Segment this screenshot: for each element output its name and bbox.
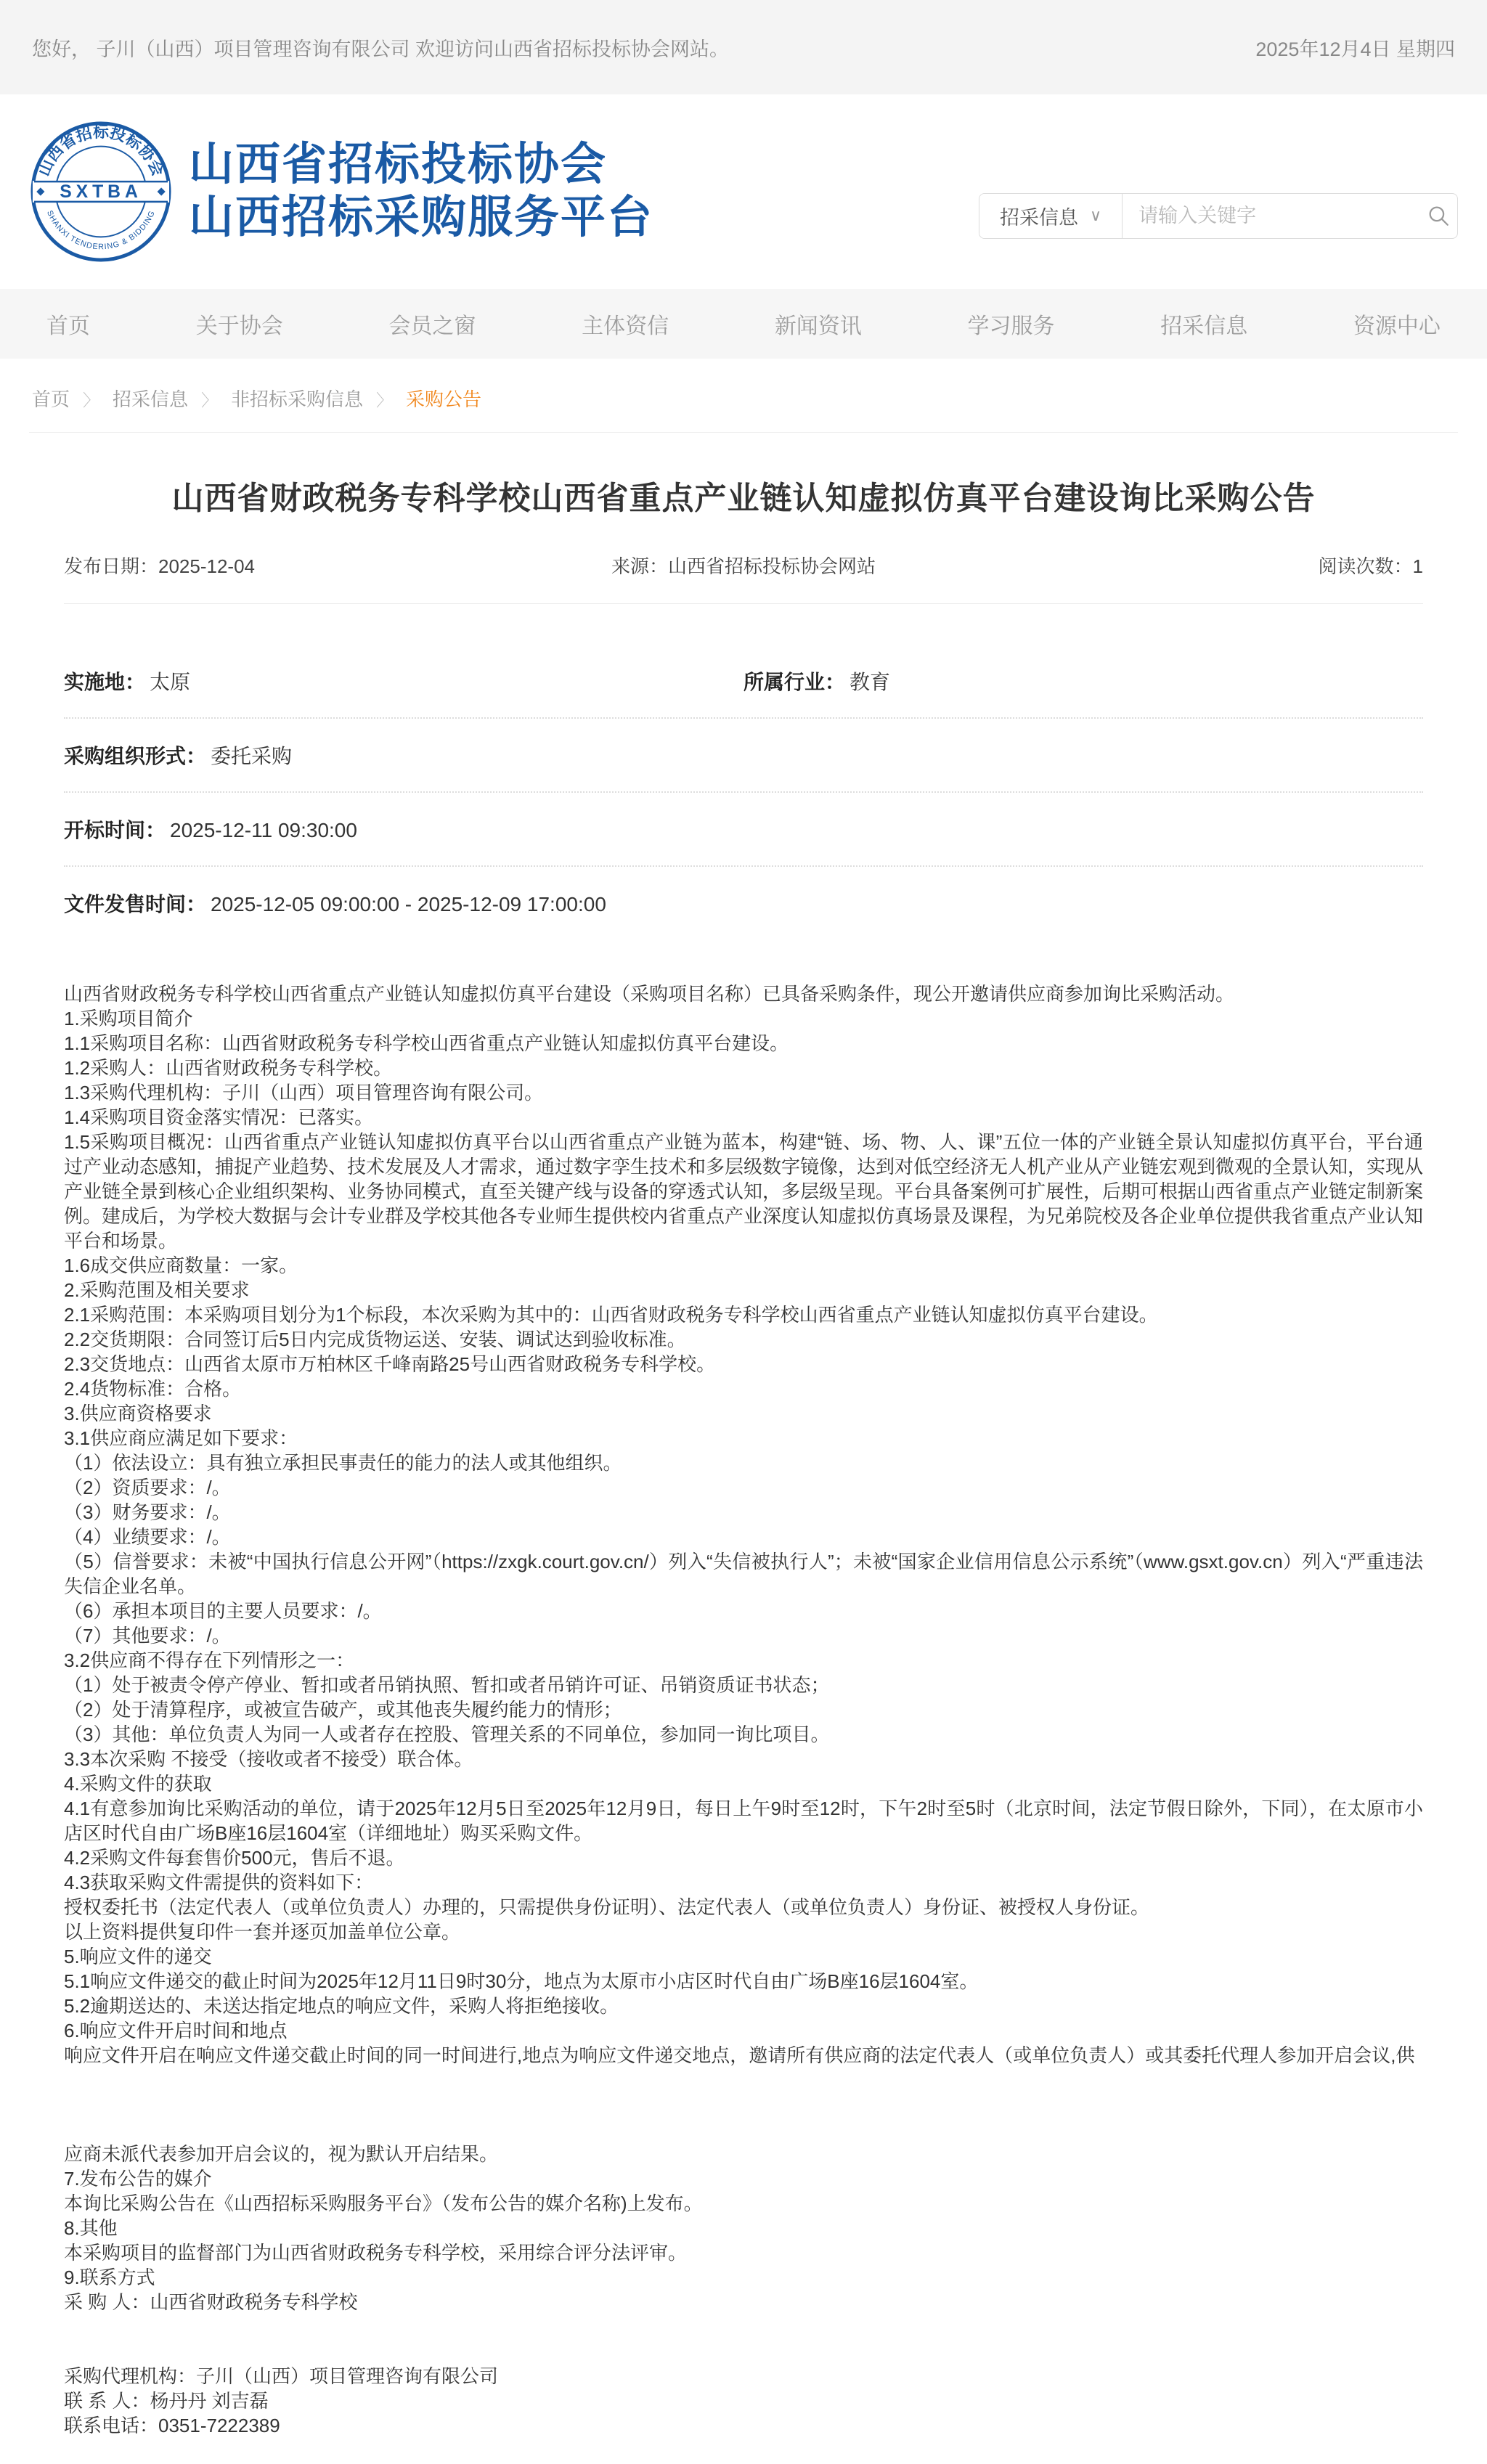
body-line: （2）资质要求：/。 — [64, 1475, 1423, 1500]
search-bar: 招采信息 ∨ — [979, 193, 1458, 239]
site-title-line2: 山西招标采购服务平台 — [189, 192, 653, 245]
body-line — [64, 2117, 1423, 2142]
body-line: （3）其他：单位负责人为同一人或者存在控股、管理关系的不同单位，参加同一询比项目… — [64, 1722, 1423, 1747]
breadcrumb-link[interactable]: 非招标采购信息 — [231, 385, 406, 412]
nav-item[interactable]: 会员之窗 — [388, 308, 476, 340]
body-line: 3.1供应商应满足如下要求： — [64, 1426, 1423, 1451]
info-open-time: 开标时间：2025-12-11 09:30:00 — [64, 815, 1423, 844]
body-line: 2.采购范围及相关要求 — [64, 1278, 1423, 1302]
nav-item[interactable]: 新闻资讯 — [775, 308, 862, 340]
body-line: 1.2采购人：山西省财政税务专科学校。 — [64, 1056, 1423, 1080]
body-line — [64, 2068, 1423, 2092]
body-line: 2.3交货地点：山西省太原市万柏林区千峰南路25号山西省财政税务专科学校。 — [64, 1352, 1423, 1376]
body-line: 采购代理机构：子川（山西）项目管理咨询有限公司 — [64, 2364, 1423, 2388]
body-line: 本询比采购公告在《山西招标采购服务平台》（发布公告的媒介名称)上发布。 — [64, 2191, 1423, 2216]
search-button[interactable] — [1411, 194, 1458, 238]
body-line: 3.2供应商不得存在下列情形之一： — [64, 1648, 1423, 1673]
nav-item[interactable]: 资源中心 — [1353, 308, 1441, 340]
body-line: 1.1采购项目名称：山西省财政税务专科学校山西省重点产业链认知虚拟仿真平台建设。 — [64, 1031, 1423, 1056]
body-line: 山西省财政税务专科学校山西省重点产业链认知虚拟仿真平台建设（采购项目名称）已具备… — [64, 982, 1423, 1006]
body-line: （6）承担本项目的主要人员要求：/。 — [64, 1599, 1423, 1623]
welcome-text: 您好， 子川（山西）项目管理咨询有限公司 欢迎访问山西省招标投标协会网站。 — [32, 33, 729, 62]
info-industry: 所属行业：教育 — [743, 666, 1423, 695]
body-line: 9.联系方式 — [64, 2265, 1423, 2290]
breadcrumb-current: 采购公告 — [406, 385, 481, 412]
project-info-table: 实施地：太原 所属行业：教育 采购组织形式：委托采购 开标时间：2025-12-… — [64, 645, 1423, 939]
body-line — [64, 2314, 1423, 2339]
body-line: 响应文件开启在响应文件递交截止时间的同一时间进行,地点为响应文件递交地点，邀请所… — [64, 2043, 1423, 2068]
site-title: 山西省招标投标协会 山西招标采购服务平台 — [189, 139, 653, 244]
body-line — [64, 2092, 1423, 2117]
body-line: 5.2逾期送达的、未送达指定地点的响应文件，采购人将拒绝接收。 — [64, 1994, 1423, 2018]
body-line: 4.2采购文件每套售价500元，售后不退。 — [64, 1845, 1423, 1870]
announcement-body: 山西省财政税务专科学校山西省重点产业链认知虚拟仿真平台建设（采购项目名称）已具备… — [64, 982, 1423, 2438]
info-organization: 采购组织形式：委托采购 — [64, 741, 1423, 770]
nav-item[interactable]: 招采信息 — [1160, 308, 1247, 340]
body-line: 授权委托书（法定代表人（或单位负责人）办理的，只需提供身份证明）、法定代表人（或… — [64, 1895, 1423, 1920]
body-line: （4）业绩要求：/。 — [64, 1525, 1423, 1549]
body-line: （7）其他要求：/。 — [64, 1623, 1423, 1648]
body-line: 以上资料提供复印件一套并逐页加盖单位公章。 — [64, 1920, 1423, 1944]
body-line: 4.1有意参加询比采购活动的单位，请于2025年12月5日至2025年12月9日… — [64, 1796, 1423, 1845]
body-line: 3.供应商资格要求 — [64, 1401, 1423, 1426]
breadcrumb-link[interactable]: 首页 — [32, 385, 113, 412]
announcement-card: 山西省财政税务专科学校山西省重点产业链认知虚拟仿真平台建设询比采购公告 发布日期… — [29, 432, 1458, 2460]
breadcrumb-link[interactable]: 招采信息 — [113, 385, 231, 412]
body-line: 3.3本次采购 不接受（接收或者不接受）联合体。 — [64, 1747, 1423, 1771]
body-line: 联系电话：0351-7222389 — [64, 2413, 1423, 2438]
body-line: 2.4货物标准：合格。 — [64, 1376, 1423, 1401]
nav-item[interactable]: 学习服务 — [968, 308, 1055, 340]
body-line: （1）处于被责令停产停业、暂扣或者吊销执照、暂扣或者吊销许可证、吊销资质证书状态… — [64, 1673, 1423, 1697]
info-row-open-time: 开标时间：2025-12-11 09:30:00 — [64, 793, 1423, 867]
body-line: （5）信誉要求：未被“中国执行信息公开网”（https://zxgk.court… — [64, 1549, 1423, 1599]
breadcrumb: 首页招采信息非招标采购信息 采购公告 — [0, 359, 1487, 432]
search-category-label: 招采信息 — [1000, 202, 1078, 230]
body-line: 8.其他 — [64, 2216, 1423, 2240]
publish-date: 发布日期：2025-12-04 — [64, 552, 611, 579]
body-line: 5.1响应文件递交的截止时间为2025年12月11日9时30分，地点为太原市小店… — [64, 1969, 1423, 1994]
body-line: 5.响应文件的递交 — [64, 1944, 1423, 1969]
body-line: 2.2交货期限：合同签订后5日内完成货物运送、安装、调试达到验收标准。 — [64, 1327, 1423, 1352]
info-row-location-industry: 实施地：太原 所属行业：教育 — [64, 645, 1423, 719]
chevron-down-icon: ∨ — [1090, 206, 1101, 225]
article-source: 来源：山西省招标投标协会网站 — [611, 552, 876, 579]
current-date: 2025年12月4日 星期四 — [1255, 33, 1455, 62]
info-sale-time: 文件发售时间：2025-12-05 09:00:00 - 2025-12-09 … — [64, 889, 1423, 918]
view-count: 阅读次数：1 — [876, 552, 1423, 579]
body-line: 6.响应文件开启时间和地点 — [64, 2018, 1423, 2043]
info-row-organization: 采购组织形式：委托采购 — [64, 719, 1423, 793]
body-line: 1.4采购项目资金落实情况：已落实。 — [64, 1105, 1423, 1130]
info-location: 实施地：太原 — [64, 666, 743, 695]
body-line: 1.5采购项目概况：山西省重点产业链认知虚拟仿真平台以山西省重点产业链为蓝本，构… — [64, 1130, 1423, 1253]
main-nav-list: 首页关于协会会员之窗主体资信新闻资讯学习服务招采信息资源中心 — [0, 289, 1487, 359]
body-line — [64, 2339, 1423, 2364]
body-line: 采 购 人：山西省财政税务专科学校 — [64, 2290, 1423, 2314]
body-line: 本采购项目的监督部门为山西省财政税务专科学校，采用综合评分法评审。 — [64, 2240, 1423, 2265]
body-line: （1）依法设立：具有独立承担民事责任的能力的法人或其他组织。 — [64, 1451, 1423, 1475]
nav-item[interactable]: 关于协会 — [196, 308, 283, 340]
logo-badge-acronym: SXTBA — [60, 182, 142, 202]
body-line: 1.3采购代理机构：子川（山西）项目管理咨询有限公司。 — [64, 1080, 1423, 1105]
info-row-sale-time: 文件发售时间：2025-12-05 09:00:00 - 2025-12-09 … — [64, 867, 1423, 939]
nav-item[interactable]: 首页 — [46, 308, 90, 340]
site-title-line1: 山西省招标投标协会 — [189, 139, 653, 192]
search-input[interactable] — [1123, 194, 1411, 238]
search-icon — [1426, 203, 1451, 228]
page-title: 山西省财政税务专科学校山西省重点产业链认知虚拟仿真平台建设询比采购公告 — [64, 472, 1423, 518]
body-line: 4.采购文件的获取 — [64, 1771, 1423, 1796]
body-line: （3）财务要求：/。 — [64, 1500, 1423, 1525]
body-line: 应商未派代表参加开启会议的，视为默认开启结果。 — [64, 2142, 1423, 2166]
body-line: 1.6成交供应商数量：一家。 — [64, 1253, 1423, 1278]
association-seal-logo-icon: 山西省招标投标协会 SHANXI TENDERING & BIDDING SXT… — [29, 120, 173, 264]
article-meta: 发布日期：2025-12-04 来源：山西省招标投标协会网站 阅读次数：1 — [64, 552, 1423, 604]
body-line: 1.采购项目简介 — [64, 1006, 1423, 1031]
main-nav: 首页关于协会会员之窗主体资信新闻资讯学习服务招采信息资源中心 — [0, 289, 1487, 359]
site-logo[interactable]: 山西省招标投标协会 SHANXI TENDERING & BIDDING SXT… — [29, 120, 653, 264]
site-header: 山西省招标投标协会 SHANXI TENDERING & BIDDING SXT… — [0, 94, 1487, 289]
body-line: 2.1采购范围：本采购项目划分为1个标段，本次采购为其中的：山西省财政税务专科学… — [64, 1302, 1423, 1327]
search-category-dropdown[interactable]: 招采信息 ∨ — [979, 194, 1123, 238]
body-line: 7.发布公告的媒介 — [64, 2166, 1423, 2191]
top-strip: 您好， 子川（山西）项目管理咨询有限公司 欢迎访问山西省招标投标协会网站。 20… — [0, 0, 1487, 94]
body-line: 联 系 人：杨丹丹 刘吉磊 — [64, 2388, 1423, 2413]
body-line: （2）处于清算程序，或被宣告破产，或其他丧失履约能力的情形； — [64, 1697, 1423, 1722]
nav-item[interactable]: 主体资信 — [582, 308, 669, 340]
body-line: 4.3获取采购文件需提供的资料如下： — [64, 1870, 1423, 1895]
